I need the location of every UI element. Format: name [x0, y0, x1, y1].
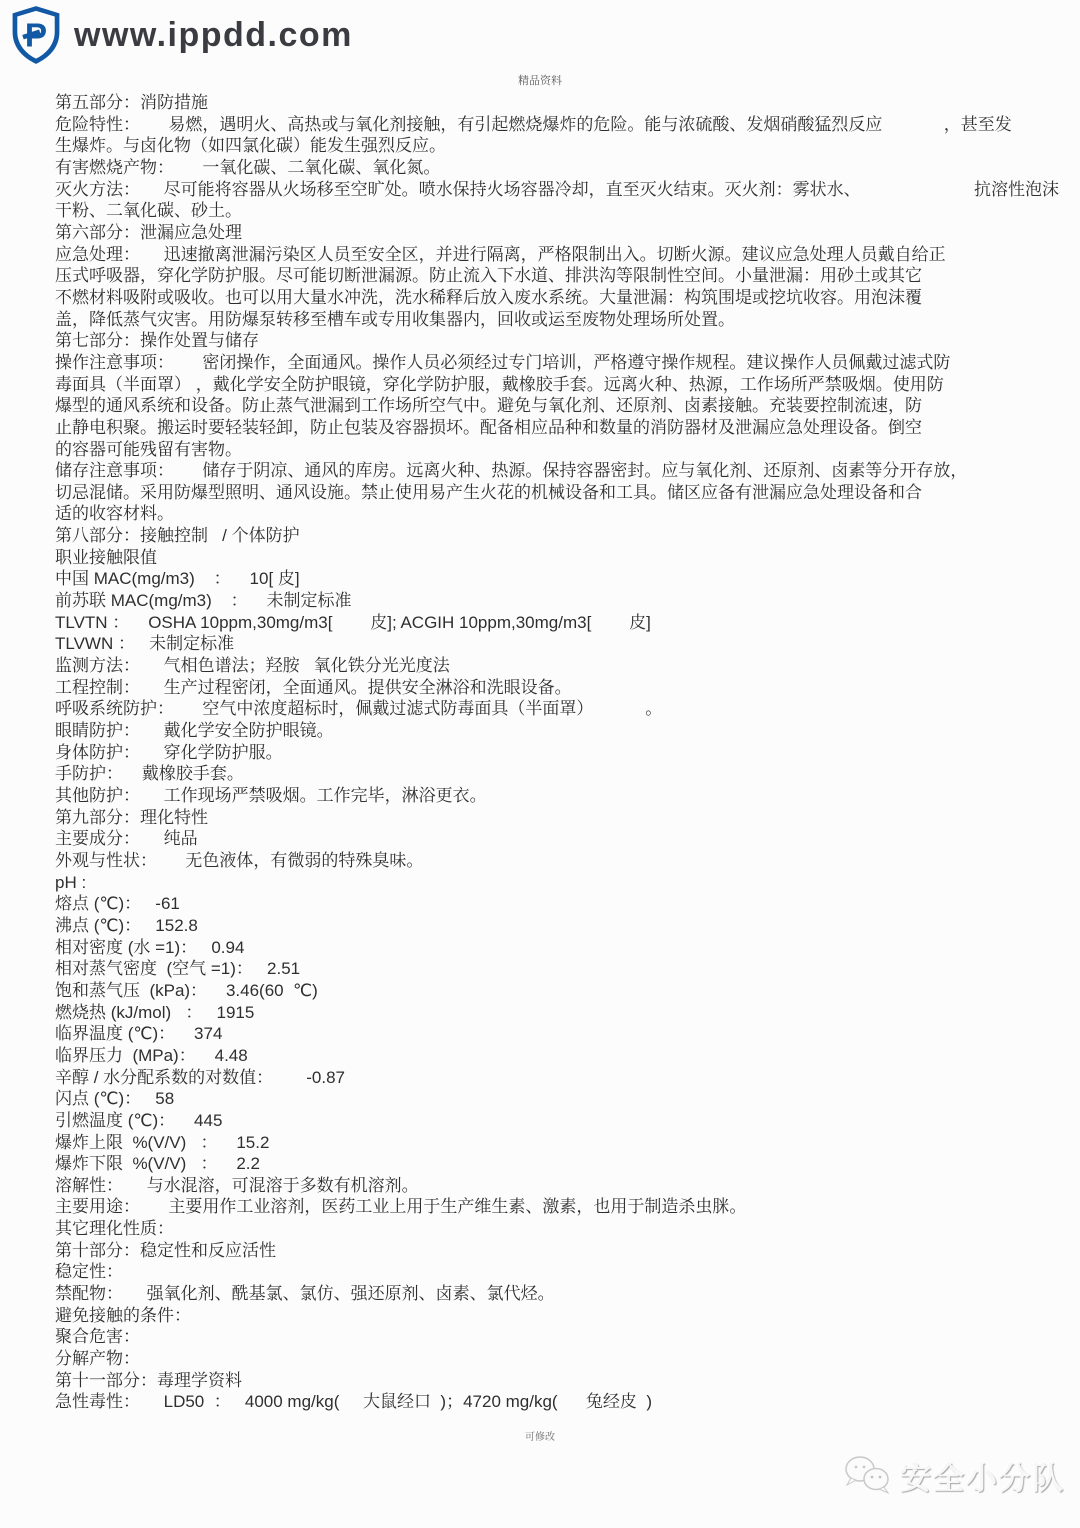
document-line: 第七部分：操作处置与储存	[55, 330, 1060, 352]
document-line: 工程控制： 生产过程密闭，全面通风。提供安全淋浴和洗眼设备。	[55, 677, 1060, 699]
document-line: 禁配物： 强氧化剂、酰基氯、氯仿、强还原剂、卤素、氯代烃。	[55, 1283, 1060, 1305]
document-line: 生爆炸。与卤化物（如四氯化碳）能发生强烈反应。	[55, 135, 1060, 157]
document-line: 主要成分： 纯品	[55, 828, 1060, 850]
document-line: 临界压力 (MPa)： 4.48	[55, 1045, 1060, 1067]
document-line: 手防护： 戴橡胶手套。	[55, 763, 1060, 785]
document-line: 第十一部分：毒理学资料	[55, 1370, 1060, 1392]
document-line: 灭火方法： 尽可能将容器从火场移至空旷处。喷水保持火场容器冷却，直至灭火结束。灭…	[55, 179, 1060, 201]
document-line: 相对密度 (水 =1)： 0.94	[55, 937, 1060, 959]
watermark: 安全小分队	[842, 1452, 1065, 1498]
document-line: 稳定性：	[55, 1261, 1060, 1283]
document-line: 避免接触的条件：	[55, 1305, 1060, 1327]
document-line: 主要用途： 主要用作工业溶剂，医药工业上用于生产维生素、激素，也用于制造杀虫脒。	[55, 1196, 1060, 1218]
document-line: 毒面具（半面罩） ，戴化学安全防护眼镜，穿化学防护服，戴橡胶手套。远离火种、热源…	[55, 374, 1060, 396]
document-line: 熔点 (℃)： -61	[55, 893, 1060, 915]
document-line: 的容器可能残留有害物。	[55, 439, 1060, 461]
document-line: 其他防护： 工作现场严禁吸烟。工作完毕，淋浴更衣。	[55, 785, 1060, 807]
document-line: 其它理化性质：	[55, 1218, 1060, 1240]
document-body: 第五部分：消防措施危险特性： 易燃，遇明火、高热或与氧化剂接触，有引起燃烧爆炸的…	[55, 92, 1060, 1413]
document-line: 第五部分：消防措施	[55, 92, 1060, 114]
document-line: 不燃材料吸附或吸收。也可以用大量水冲洗，洗水稀释后放入废水系统。大量泄漏：构筑围…	[55, 287, 1060, 309]
document-line: 辛醇 / 水分配系数的对数值： -0.87	[55, 1067, 1060, 1089]
wechat-icon	[842, 1452, 894, 1498]
document-line: 急性毒性： LD50 ： 4000 mg/kg( 大鼠经口 )；4720 mg/…	[55, 1391, 1060, 1413]
document-line: 切忌混储。采用防爆型照明、通风设施。禁止使用易产生火花的机械设备和工具。储区应备…	[55, 482, 1060, 504]
document-line: 有害燃烧产物： 一氧化碳、二氧化碳、氧化氮。	[55, 157, 1060, 179]
document-line: 监测方法： 气相色谱法；羟胺 氧化铁分光光度法	[55, 655, 1060, 677]
document-line: 爆型的通风系统和设备。防止蒸气泄漏到工作场所空气中。避免与氧化剂、还原剂、卤素接…	[55, 395, 1060, 417]
document-line: 适的收容材料。	[55, 503, 1060, 525]
footer-note: 可修改	[0, 1428, 1080, 1443]
document-line: 饱和蒸气压 (kPa)： 3.46(60 ℃)	[55, 980, 1060, 1002]
document-line: 第十部分：稳定性和反应活性	[55, 1240, 1060, 1262]
document-line: 分解产物：	[55, 1348, 1060, 1370]
document-line: 前苏联 MAC(mg/m3) ： 未制定标准	[55, 590, 1060, 612]
document-line: 压式呼吸器，穿化学防护服。尽可能切断泄漏源。防止流入下水道、排洪沟等限制性空间。…	[55, 265, 1060, 287]
document-line: 第六部分：泄漏应急处理	[55, 222, 1060, 244]
document-line: 相对蒸气密度 (空气 =1)： 2.51	[55, 958, 1060, 980]
document-line: 职业接触限值	[55, 547, 1060, 569]
document-line: 第八部分：接触控制 / 个体防护	[55, 525, 1060, 547]
document-line: 干粉、二氧化碳、砂土。	[55, 200, 1060, 222]
document-line: 眼睛防护： 戴化学安全防护眼镜。	[55, 720, 1060, 742]
document-line: 操作注意事项： 密闭操作，全面通风。操作人员必须经过专门培训，严格遵守操作规程。…	[55, 352, 1060, 374]
header-note: 精品资料	[0, 72, 1080, 88]
document-line: 引燃温度 (℃)： 445	[55, 1110, 1060, 1132]
document-line: pH :	[55, 872, 1060, 894]
document-line: 燃烧热 (kJ/mol) ： 1915	[55, 1002, 1060, 1024]
document-line: 爆炸上限 %(V/V) ： 15.2	[55, 1132, 1060, 1154]
document-page: P www.ippdd.com 精品资料 第五部分：消防措施危险特性： 易燃，遇…	[0, 0, 1080, 1528]
document-line: 第九部分：理化特性	[55, 807, 1060, 829]
watermark-text: 安全小分队	[900, 1453, 1065, 1498]
document-line: 盖，降低蒸气灾害。用防爆泵转移至槽车或专用收集器内，回收或运至废物处理场所处置。	[55, 309, 1060, 331]
document-line: 聚合危害：	[55, 1326, 1060, 1348]
document-line: TLVWN ： 未制定标准	[55, 633, 1060, 655]
document-line: 危险特性： 易燃，遇明火、高热或与氧化剂接触，有引起燃烧爆炸的危险。能与浓硫酸、…	[55, 114, 1060, 136]
document-line: 外观与性状： 无色液体，有微弱的特殊臭味。	[55, 850, 1060, 872]
document-line: 身体防护： 穿化学防护服。	[55, 742, 1060, 764]
document-line: 爆炸下限 %(V/V) ： 2.2	[55, 1153, 1060, 1175]
document-line: 临界温度 (℃)： 374	[55, 1023, 1060, 1045]
document-line: TLVTN ： OSHA 10ppm,30mg/m3[ 皮]; ACGIH 10…	[55, 612, 1060, 634]
site-url-text[interactable]: www.ippdd.com	[74, 16, 353, 55]
document-line: 呼吸系统防护： 空气中浓度超标时，佩戴过滤式防毒面具（半面罩） 。	[55, 698, 1060, 720]
document-line: 应急处理： 迅速撤离泄漏污染区人员至安全区，并进行隔离，严格限制出入。切断火源。…	[55, 244, 1060, 266]
document-line: 中国 MAC(mg/m3) ： 10[ 皮]	[55, 568, 1060, 590]
document-line: 沸点 (℃)： 152.8	[55, 915, 1060, 937]
site-header: P www.ippdd.com	[10, 5, 353, 65]
document-line: 闪点 (℃)： 58	[55, 1088, 1060, 1110]
document-line: 溶解性： 与水混溶，可混溶于多数有机溶剂。	[55, 1175, 1060, 1197]
shield-p-icon: P	[10, 5, 62, 65]
document-line: 储存注意事项： 储存于阴凉、通风的库房。远离火种、热源。保持容器密封。应与氧化剂…	[55, 460, 1060, 482]
document-line: 止静电积聚。搬运时要轻装轻卸，防止包装及容器损坏。配备相应品种和数量的消防器材及…	[55, 417, 1060, 439]
